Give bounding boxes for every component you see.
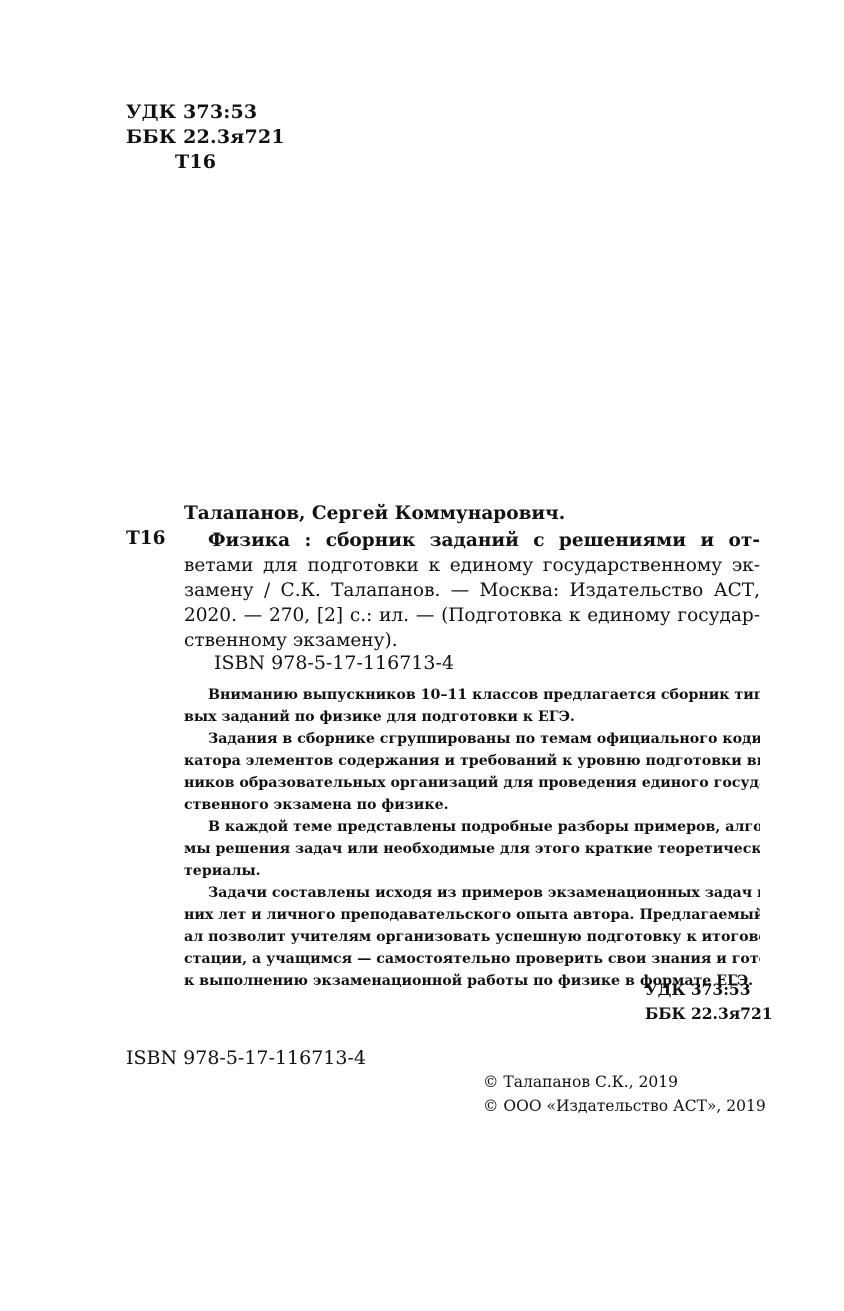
description-line: Физика : сборник заданий с решениями и о… <box>184 528 760 553</box>
annotation-line: них лет и личного преподавательского опы… <box>184 904 760 926</box>
isbn: ISBN 978-5-17-116713-4 <box>126 1047 366 1069</box>
bbk-code: ББК 22.3я721 <box>126 125 285 150</box>
top-classification: УДК 373:53 ББК 22.3я721 Т16 <box>126 100 285 175</box>
annotation-line: Задания в сборнике сгруппированы по тема… <box>184 728 760 750</box>
annotation-line: катора элементов содержания и требований… <box>184 750 760 772</box>
copyright-block: © Талапанов С.К., 2019 © ООО «Издательст… <box>483 1070 766 1118</box>
annotation-line: стации, а учащимся — самостоятельно пров… <box>184 948 760 970</box>
author-heading: Талапанов, Сергей Коммунарович. <box>184 503 565 524</box>
card-author-mark: Т16 <box>126 528 166 549</box>
copyright-publisher: © ООО «Издательство АСТ», 2019 <box>483 1094 766 1118</box>
annotation-line: Задачи составлены исходя из примеров экз… <box>184 882 760 904</box>
udk-code: УДК 373:53 <box>645 978 773 1002</box>
udk-code: УДК 373:53 <box>126 100 285 125</box>
description-line: 2020. — 270, [2] с.: ил. — (Подготовка к… <box>184 603 760 628</box>
author-mark: Т16 <box>126 150 285 175</box>
annotation: Вниманию выпускников 10–11 классов предл… <box>184 684 760 992</box>
annotation-line: В каждой теме представлены подробные раз… <box>184 816 760 838</box>
description-line: ветами для подготовки к единому государс… <box>184 553 760 578</box>
card-isbn: ISBN 978-5-17-116713-4 <box>214 652 454 674</box>
bibliographic-description: Физика : сборник заданий с решениями и о… <box>184 528 760 653</box>
annotation-line: ственного экзамена по физике. <box>184 794 760 816</box>
lower-classification: УДК 373:53 ББК 22.3я721 <box>645 978 773 1026</box>
annotation-line: ал позволит учителям организовать успешн… <box>184 926 760 948</box>
copyright-author: © Талапанов С.К., 2019 <box>483 1070 766 1094</box>
annotation-line: териалы. <box>184 860 760 882</box>
annotation-line: Вниманию выпускников 10–11 классов предл… <box>184 684 760 706</box>
imprint-page: УДК 373:53 ББК 22.3я721 Т16 Талапанов, С… <box>0 0 844 1311</box>
annotation-line: мы решения задач или необходимые для это… <box>184 838 760 860</box>
description-line: ственному экзамену). <box>184 628 760 653</box>
annotation-line: вых заданий по физике для подготовки к Е… <box>184 706 760 728</box>
description-line: замену / С.К. Талапанов. — Москва: Издат… <box>184 578 760 603</box>
bbk-code: ББК 22.3я721 <box>645 1002 773 1026</box>
annotation-line: ников образовательных организаций для пр… <box>184 772 760 794</box>
